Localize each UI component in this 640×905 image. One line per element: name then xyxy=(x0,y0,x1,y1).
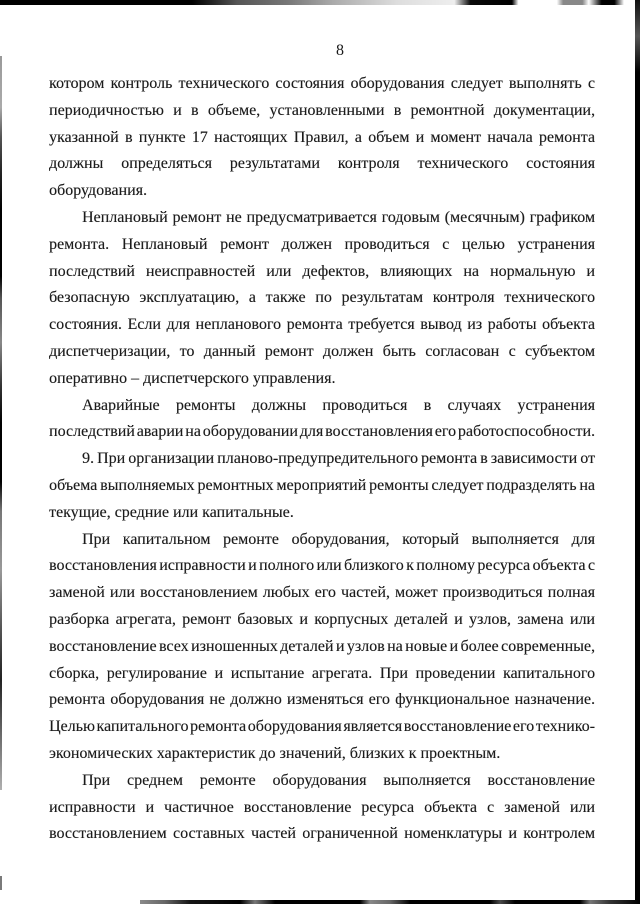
page-number: 8 xyxy=(49,42,595,59)
text-line: Целью капитального ремонта оборудования … xyxy=(49,714,595,741)
text-line: безопасную эксплуатацию, а также по резу… xyxy=(49,285,595,312)
text-line: экономических характеристик до значений,… xyxy=(49,741,595,768)
text-line: ремонта оборудования не должно изменятьс… xyxy=(49,687,595,714)
text-line: Аварийные ремонты должны проводиться в с… xyxy=(49,393,595,420)
scan-edge-right xyxy=(635,0,640,901)
text-line: Неплановый ремонт не предусматривается г… xyxy=(49,205,595,232)
text-line: котором контроль технического состояния … xyxy=(49,71,595,98)
scan-edge-bottom xyxy=(140,900,640,904)
scan-edge-left xyxy=(0,56,2,790)
text-line: диспетчеризации, то данный ремонт должен… xyxy=(49,339,595,366)
text-line: сборка, регулирование и испытание агрега… xyxy=(49,661,595,688)
scanned-document-page: 8 котором контроль технического состояни… xyxy=(0,0,640,905)
scan-edge-top xyxy=(0,0,640,5)
text-line: объема выполняемых ремонтных мероприятий… xyxy=(49,473,595,500)
text-line: последствий неисправностей или дефектов,… xyxy=(49,259,595,286)
text-line: восстановлением составных частей огранич… xyxy=(49,821,595,848)
text-line: разборка агрегата, ремонт базовых и корп… xyxy=(49,607,595,634)
document-body: котором контроль технического состояния … xyxy=(49,71,595,848)
text-line: заменой или восстановлением любых его ча… xyxy=(49,580,595,607)
text-line: оборудования. xyxy=(49,178,595,205)
text-line: периодичностью и в объеме, установленным… xyxy=(49,98,595,125)
text-line: последствий аварии на оборудовании для в… xyxy=(49,419,595,446)
text-line: оперативно – диспетчерского управления. xyxy=(49,366,595,393)
text-line: должны определяться результатами контрол… xyxy=(49,151,595,178)
text-line: восстановления исправности и полного или… xyxy=(49,553,595,580)
scan-edge-mark xyxy=(0,876,2,890)
text-line: При среднем ремонте оборудования выполня… xyxy=(49,768,595,795)
text-line: текущие, средние или капитальные. xyxy=(49,500,595,527)
text-line: состояния. Если для непланового ремонта … xyxy=(49,312,595,339)
text-line: ремонта. Неплановый ремонт должен провод… xyxy=(49,232,595,259)
text-line: исправности и частичное восстановление р… xyxy=(49,795,595,822)
text-line: указанной в пункте 17 настоящих Правил, … xyxy=(49,125,595,152)
text-line: 9. При организации планово-предупредител… xyxy=(49,446,595,473)
text-line: При капитальном ремонте оборудования, ко… xyxy=(49,527,595,554)
text-line: восстановление всех изношенных деталей и… xyxy=(49,634,595,661)
